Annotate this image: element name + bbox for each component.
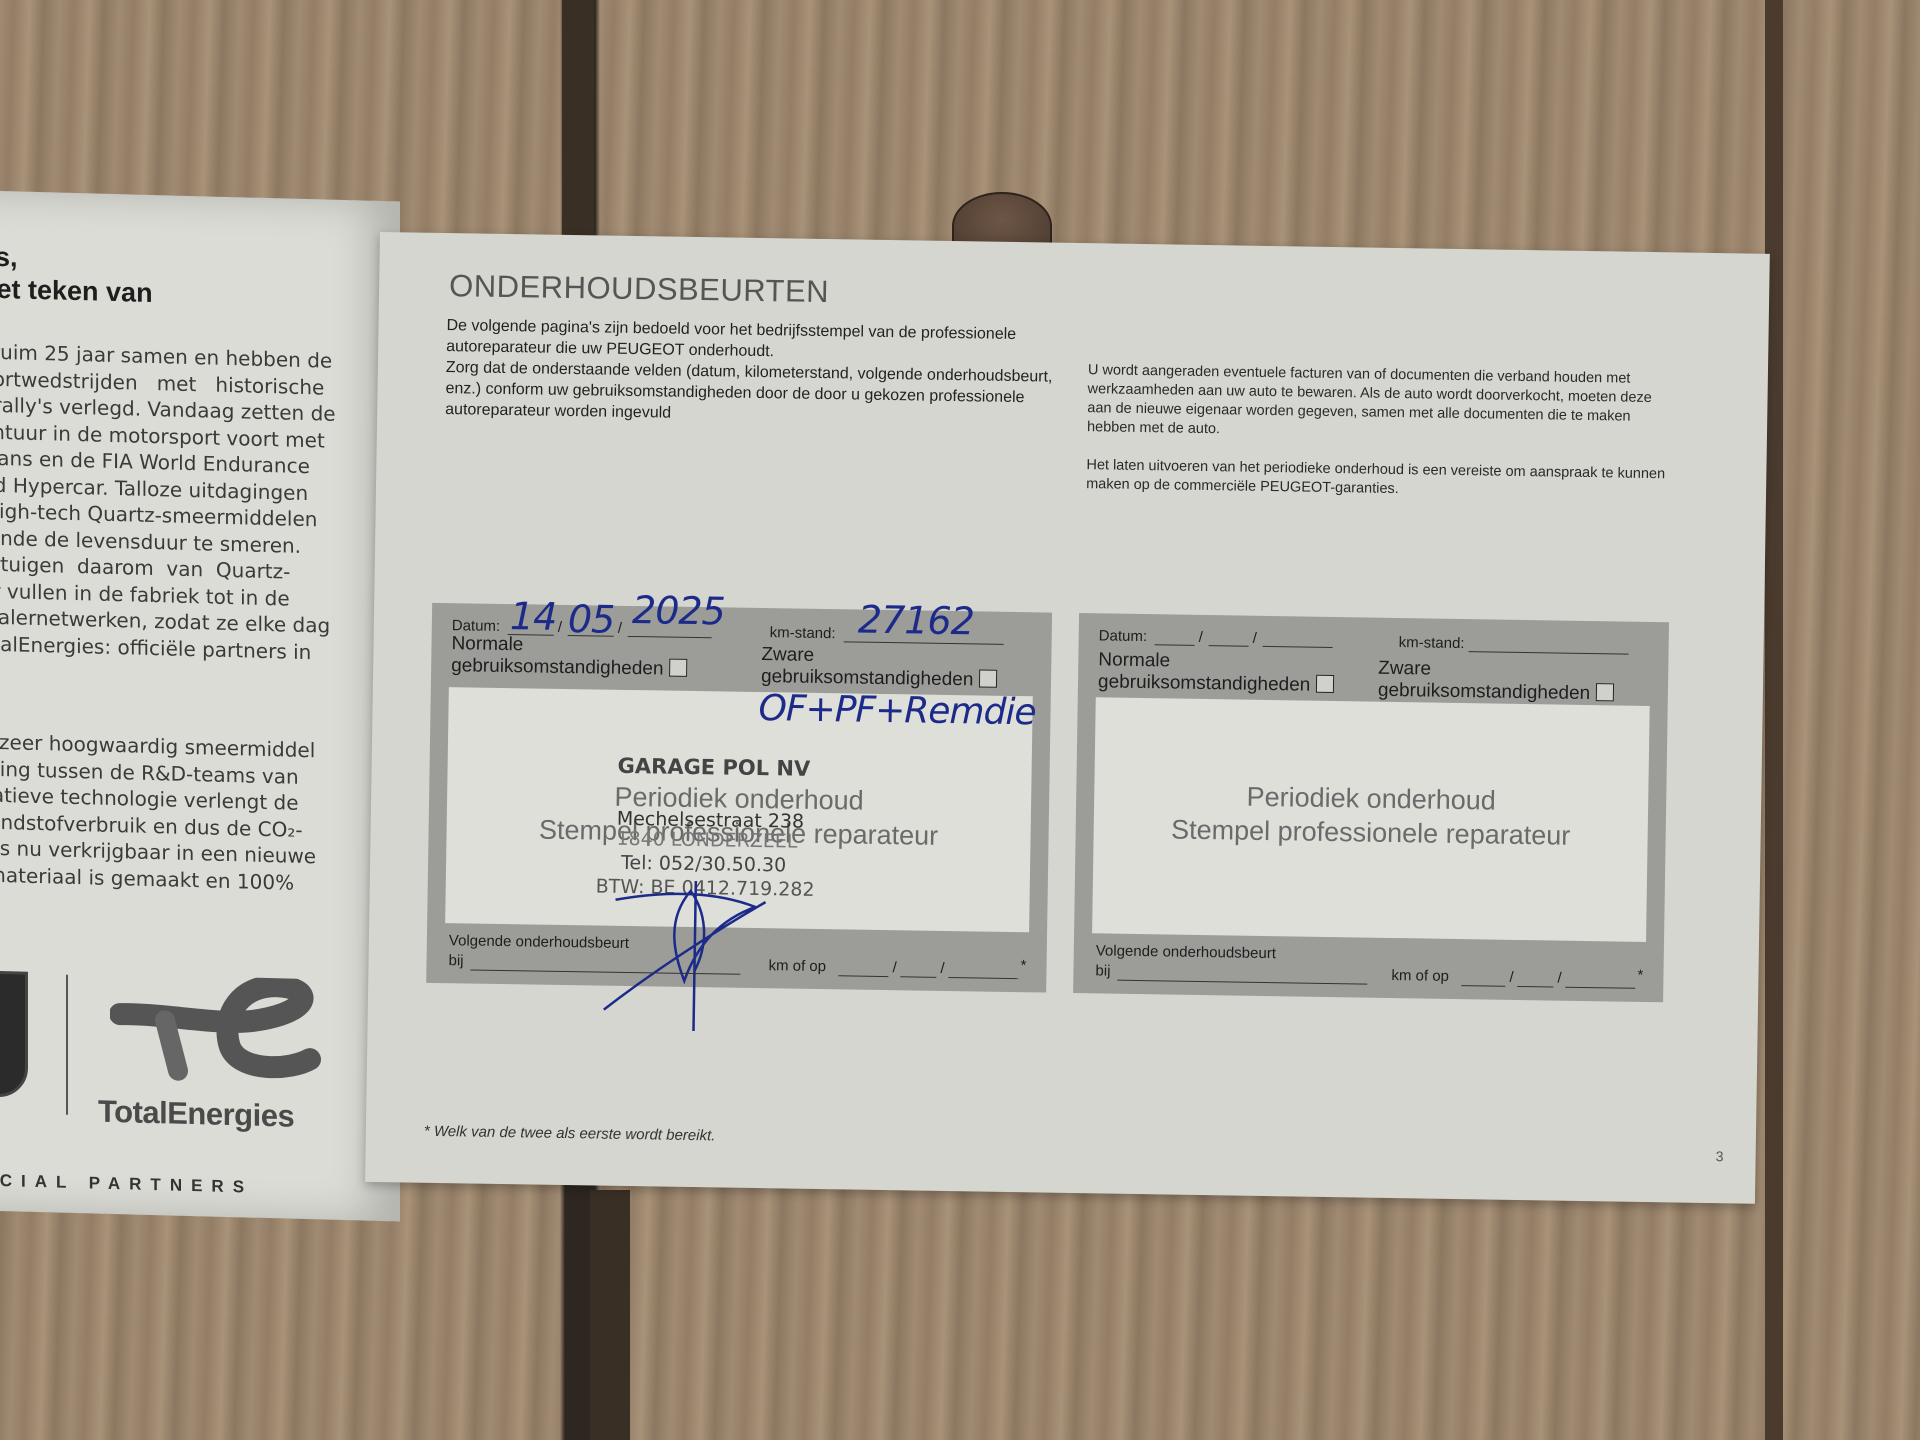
- normal-conditions-label: Normale gebruiksomstandigheden: [451, 633, 664, 679]
- heading-line: het teken van: [0, 273, 153, 310]
- maintenance-entry-card: Datum: / / km-stand: Normale gebruiksoms…: [1073, 613, 1669, 1002]
- day-field[interactable]: [1155, 626, 1195, 646]
- normal-conditions: Normale gebruiksomstandigheden: [1098, 649, 1335, 697]
- next-month-field[interactable]: [900, 958, 936, 978]
- garage-stamp-name: GARAGE POL NV: [617, 754, 810, 781]
- footnote: * Welk van de twee als eerste wordt bere…: [424, 1123, 716, 1145]
- handwritten-km: 27162: [858, 598, 975, 644]
- asterisk: *: [1637, 966, 1643, 986]
- garage-stamp-city: 1840 LONDERZEEL: [616, 828, 797, 853]
- intro-paragraph: Zorg dat de onderstaande velden (datum, …: [445, 357, 1066, 430]
- heavy-conditions-checkbox[interactable]: [979, 669, 997, 687]
- page-number: 3: [1716, 1148, 1724, 1164]
- date-separator: /: [558, 619, 562, 636]
- wood-plank-gap: [1765, 0, 1783, 1440]
- next-service-row: Volgende onderhoudsbeurt bij km of op / …: [448, 931, 1025, 980]
- heading-line: es,: [0, 241, 153, 278]
- bij-label: bij: [448, 951, 463, 971]
- asterisk: *: [1020, 956, 1026, 976]
- next-km-field[interactable]: [1117, 962, 1367, 985]
- date-separator: /: [618, 620, 622, 637]
- date-separator: /: [1557, 969, 1561, 989]
- datum-label: Datum:: [1099, 627, 1148, 645]
- normal-conditions-checkbox[interactable]: [669, 659, 687, 677]
- partner-logos: TotalEnergies ICIAL PARTNERS: [0, 931, 400, 1222]
- wood-plank-gap: [590, 1190, 630, 1440]
- intro-left: De volgende pagina's zijn bedoeld voor h…: [445, 315, 1067, 430]
- intro-paragraph: U wordt aangeraden eventuele facturen va…: [1087, 361, 1668, 446]
- heavy-conditions: Zware gebruiksomstandigheden: [1378, 658, 1615, 706]
- totalenergies-wordmark: TotalEnergies: [98, 1094, 294, 1135]
- next-year-field[interactable]: [948, 959, 1018, 979]
- next-km-field[interactable]: [470, 952, 740, 975]
- km-of-op-label: km of op: [768, 956, 826, 977]
- maintenance-entry-card: Datum: / / km-stand: 14 05 2025 27162 No…: [426, 603, 1052, 993]
- right-page: ONDERHOUDSBEURTEN De volgende pagina's z…: [365, 232, 1770, 1204]
- heavy-conditions-label: Zware gebruiksomstandigheden: [1378, 658, 1591, 704]
- year-field[interactable]: [1263, 628, 1333, 648]
- km-stand-field[interactable]: [1469, 633, 1629, 655]
- next-service-row: Volgende onderhoudsbeurt bij km of op / …: [1095, 941, 1642, 990]
- km-stand-label: km-stand:: [770, 624, 836, 642]
- heavy-conditions-label: Zware gebruiksomstandigheden: [761, 644, 974, 690]
- peugeot-logo-icon: [0, 970, 28, 1098]
- intro-right: U wordt aangeraden eventuele facturen va…: [1086, 361, 1668, 522]
- left-page: es, het teken van l ruim 25 jaar samen e…: [0, 191, 400, 1222]
- page-title: ONDERHOUDSBEURTEN: [449, 268, 830, 310]
- totalenergies-logo-icon: [110, 974, 330, 1090]
- next-year-field[interactable]: [1565, 969, 1635, 989]
- stamp-area[interactable]: OF+PF+Remdie Periodiek onderhoud Stempel…: [445, 687, 1033, 932]
- next-day-field[interactable]: [1461, 967, 1505, 987]
- handwritten-note: OF+PF+Remdie: [758, 688, 1036, 733]
- intro-paragraph: Het laten uitvoeren van het periodieke o…: [1086, 456, 1667, 503]
- normal-conditions-checkbox[interactable]: [1316, 675, 1334, 693]
- date-separator: /: [1253, 630, 1257, 647]
- heavy-conditions-checkbox[interactable]: [1596, 683, 1614, 701]
- handwritten-year: 2025: [632, 588, 725, 633]
- date-separator: /: [1509, 968, 1513, 988]
- wood-plank-gap: [562, 0, 594, 240]
- km-of-op-label: km of op: [1391, 966, 1449, 987]
- date-separator: /: [1199, 629, 1203, 646]
- handwritten-day: 14: [510, 594, 557, 639]
- next-day-field[interactable]: [838, 957, 888, 977]
- stamp-area[interactable]: Periodiek onderhoud Stempel professionel…: [1092, 697, 1650, 942]
- normal-conditions-label: Normale gebruiksomstandigheden: [1098, 649, 1311, 695]
- logo-divider: [66, 975, 68, 1115]
- left-body-paragraph-2: n zeer hoogwaardig smeermiddel rking tus…: [0, 729, 330, 897]
- km-stand-label: km-stand:: [1399, 634, 1465, 652]
- bij-label: bij: [1095, 961, 1110, 981]
- next-month-field[interactable]: [1517, 968, 1553, 988]
- month-field[interactable]: [1209, 627, 1249, 647]
- date-separator: /: [940, 959, 944, 979]
- normal-conditions: Normale gebruiksomstandigheden: [451, 633, 688, 681]
- heavy-conditions: Zware gebruiksomstandigheden: [761, 644, 998, 692]
- official-partners-tagline: ICIAL PARTNERS: [0, 1171, 253, 1198]
- stamp-placeholder-line2: Stempel professionele reparateur: [1093, 811, 1647, 854]
- left-heading: es, het teken van: [0, 241, 153, 310]
- date-separator: /: [892, 958, 896, 978]
- datum-label: Datum:: [452, 617, 501, 635]
- left-body-paragraph-1: l ruim 25 jaar samen en hebben de portwe…: [0, 339, 330, 666]
